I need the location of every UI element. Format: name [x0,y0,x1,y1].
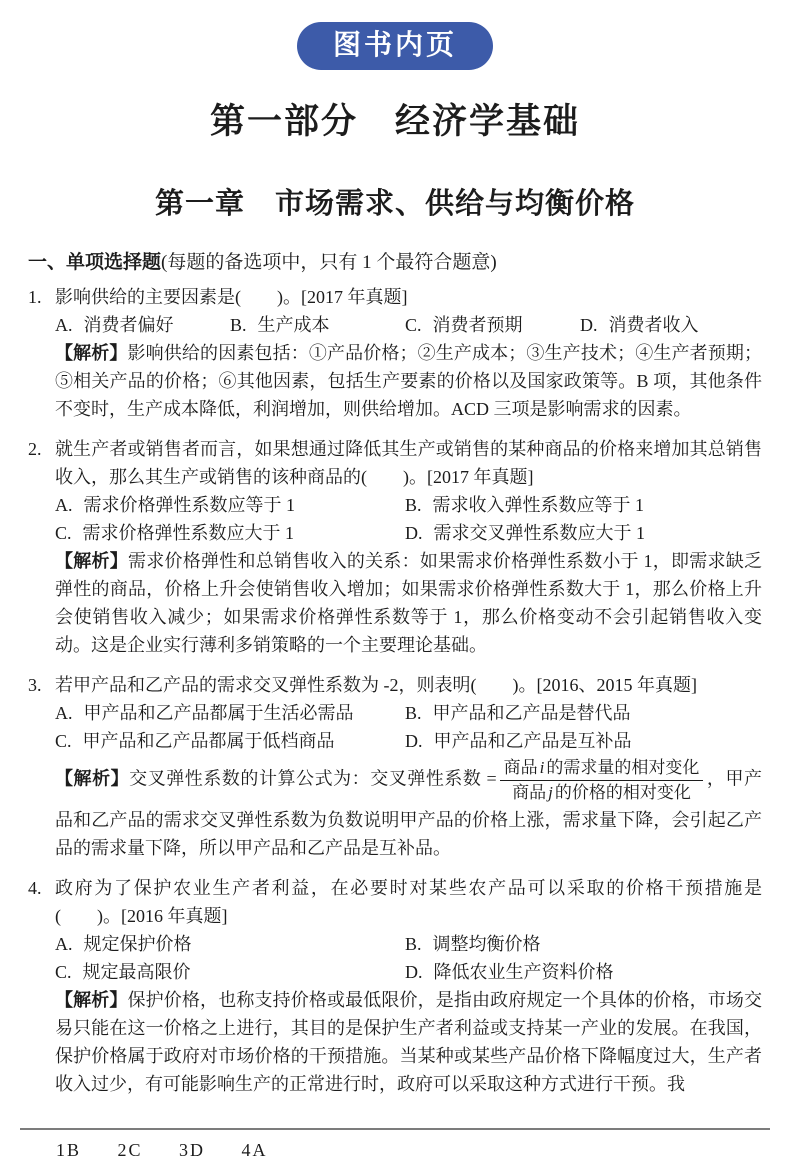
option-text: 降低农业生产资料价格 [434,962,614,982]
section-heading: 一、单项选择题(每题的备选项中，只有 1 个最符合题意) [28,249,762,277]
question-4: 4. 政府为了保护农业生产者利益，在必要时对某些农产品可以采取的价格干预措施是(… [28,874,762,1098]
option-c: C.甲产品和乙产品都属于低档商品 [55,727,405,755]
part-title: 第一部分 经济学基础 [0,104,790,141]
cross-elasticity-fraction: 商品i的需求量的相对变化商品j的价格的相对变化 [500,757,704,804]
option-b: B.需求收入弹性系数应等于 1 [405,491,644,519]
answer-item-1: 1B [56,1140,81,1160]
option-label: C. [55,958,72,986]
option-label: D. [405,519,423,547]
content-column: 一、单项选择题(每题的备选项中，只有 1 个最符合题意) 1. 影响供给的主要因… [0,249,790,1098]
option-label: A. [55,491,73,519]
option-text: 甲产品和乙产品都属于生活必需品 [84,703,354,723]
book-page: 图书内页 第一部分 经济学基础 第一章 市场需求、供给与均衡价格 一、单项选择题… [0,0,790,1175]
answer-key: 1B 2C 3D 4A [20,1130,770,1165]
option-b: B.调整均衡价格 [405,930,541,958]
options-row: C.需求价格弹性系数应大于 1 D.需求交叉弹性系数应大于 1 [55,519,762,547]
answer-item-3: 3D [179,1140,205,1160]
option-text: 需求交叉弹性系数应大于 1 [434,523,646,543]
options-row: A.消费者偏好 B.生产成本 C.消费者预期 D.消费者收入 [55,311,762,339]
page-type-badge: 图书内页 [297,22,493,70]
option-text: 甲产品和乙产品都属于低档商品 [83,731,335,751]
page-footer: 1B 2C 3D 4A [20,1128,770,1165]
analysis-with-formula: 【解析】交叉弹性系数的计算公式为：交叉弹性系数 =商品i的需求量的相对变化商品j… [55,755,762,862]
denominator-text: 商品 [512,783,546,802]
option-label: B. [230,311,247,339]
options-row: A.规定保护价格 B.调整均衡价格 [55,930,762,958]
option-c: C.消费者预期 [405,311,580,339]
analysis: 【解析】影响供给的因素包括：①产品价格；②生产成本；③生产技术；④生产者预期；⑤… [55,339,762,423]
section-label: 一、单项选择题 [28,252,161,273]
analysis-text: 需求价格弹性和总销售收入的关系：如果需求价格弹性系数小于 1，即需求缺乏弹性的商… [55,551,762,655]
analysis-text: 影响供给的因素包括：①产品价格；②生产成本；③生产技术；④生产者预期；⑤相关产品… [55,343,762,419]
option-c: C.规定最高限价 [55,958,405,986]
option-label: C. [55,727,72,755]
question-stem: 就生产者或销售者而言，如果想通过降低其生产或销售的某种商品的价格来增加其总销售收… [55,435,762,491]
option-text: 需求价格弹性系数应大于 1 [83,523,295,543]
analysis-label: 【解析】 [55,551,128,571]
option-text: 消费者预期 [433,315,523,335]
analysis: 【解析】需求价格弹性和总销售收入的关系：如果需求价格弹性系数小于 1，即需求缺乏… [55,547,762,659]
analysis-text: 保护价格，也称支持价格或最低限价，是指由政府规定一个具体的价格，市场交易只能在这… [55,990,762,1094]
option-label: A. [55,930,73,958]
analysis-label: 【解析】 [55,990,128,1010]
option-label: D. [405,727,423,755]
option-text: 规定保护价格 [84,934,192,954]
option-d: D.降低农业生产资料价格 [405,958,614,986]
question-2: 2. 就生产者或销售者而言，如果想通过降低其生产或销售的某种商品的价格来增加其总… [28,435,762,659]
analysis-label: 【解析】 [55,769,129,789]
option-label: B. [405,491,422,519]
analysis-label: 【解析】 [55,343,128,363]
numerator-text: 的需求量的相对变化 [546,758,699,777]
option-label: C. [55,519,72,547]
option-text: 需求收入弹性系数应等于 1 [433,495,645,515]
analysis-text-pre: 交叉弹性系数的计算公式为：交叉弹性系数 = [129,769,496,789]
option-a: A.需求价格弹性系数应等于 1 [55,491,405,519]
option-b: B.生产成本 [230,311,405,339]
option-label: B. [405,930,422,958]
question-number: 4. [28,874,42,902]
question-stem: 影响供给的主要因素是( )。[2017 年真题] [55,283,762,311]
option-label: B. [405,699,422,727]
option-text: 需求价格弹性系数应等于 1 [84,495,296,515]
option-text: 生产成本 [258,315,330,335]
option-c: C.需求价格弹性系数应大于 1 [55,519,405,547]
option-label: D. [580,311,598,339]
section-note: (每题的备选项中，只有 1 个最符合题意) [161,252,497,273]
option-label: D. [405,958,423,986]
answer-item-4: 4A [242,1140,268,1160]
numerator-text: 商品 [504,758,538,777]
analysis: 【解析】保护价格，也称支持价格或最低限价，是指由政府规定一个具体的价格，市场交易… [55,986,762,1098]
option-b: B.甲产品和乙产品是替代品 [405,699,631,727]
option-label: A. [55,311,73,339]
variable-j: j [546,783,555,802]
question-number: 1. [28,283,42,311]
option-text: 甲产品和乙产品是互补品 [434,731,632,751]
chapter-title: 第一章 市场需求、供给与均衡价格 [0,189,790,219]
options-row: C.规定最高限价 D.降低农业生产资料价格 [55,958,762,986]
question-number: 3. [28,671,42,699]
option-d: D.消费者收入 [580,311,699,339]
option-a: A.规定保护价格 [55,930,405,958]
question-number: 2. [28,435,42,463]
denominator-text: 的价格的相对变化 [555,783,691,802]
options-row: A.需求价格弹性系数应等于 1 B.需求收入弹性系数应等于 1 [55,491,762,519]
options-row: A.甲产品和乙产品都属于生活必需品 B.甲产品和乙产品是替代品 [55,699,762,727]
fraction-denominator: 商品j的价格的相对变化 [500,781,704,804]
question-3: 3. 若甲产品和乙产品的需求交叉弹性系数为 -2，则表明( )。[2016、20… [28,671,762,862]
option-a: A.消费者偏好 [55,311,230,339]
option-text: 甲产品和乙产品是替代品 [433,703,631,723]
badge-row: 图书内页 [0,0,790,70]
answer-item-2: 2C [118,1140,143,1160]
question-stem: 政府为了保护农业生产者利益，在必要时对某些农产品可以采取的价格干预措施是( )。… [55,874,762,930]
fraction-numerator: 商品i的需求量的相对变化 [500,757,704,781]
question-1: 1. 影响供给的主要因素是( )。[2017 年真题] A.消费者偏好 B.生产… [28,283,762,423]
option-d: D.需求交叉弹性系数应大于 1 [405,519,645,547]
option-text: 消费者偏好 [84,315,174,335]
option-a: A.甲产品和乙产品都属于生活必需品 [55,699,405,727]
option-text: 调整均衡价格 [433,934,541,954]
question-stem: 若甲产品和乙产品的需求交叉弹性系数为 -2，则表明( )。[2016、2015 … [55,671,762,699]
option-label: C. [405,311,422,339]
option-label: A. [55,699,73,727]
option-text: 消费者收入 [609,315,699,335]
options-row: C.甲产品和乙产品都属于低档商品 D.甲产品和乙产品是互补品 [55,727,762,755]
option-d: D.甲产品和乙产品是互补品 [405,727,632,755]
option-text: 规定最高限价 [83,962,191,982]
